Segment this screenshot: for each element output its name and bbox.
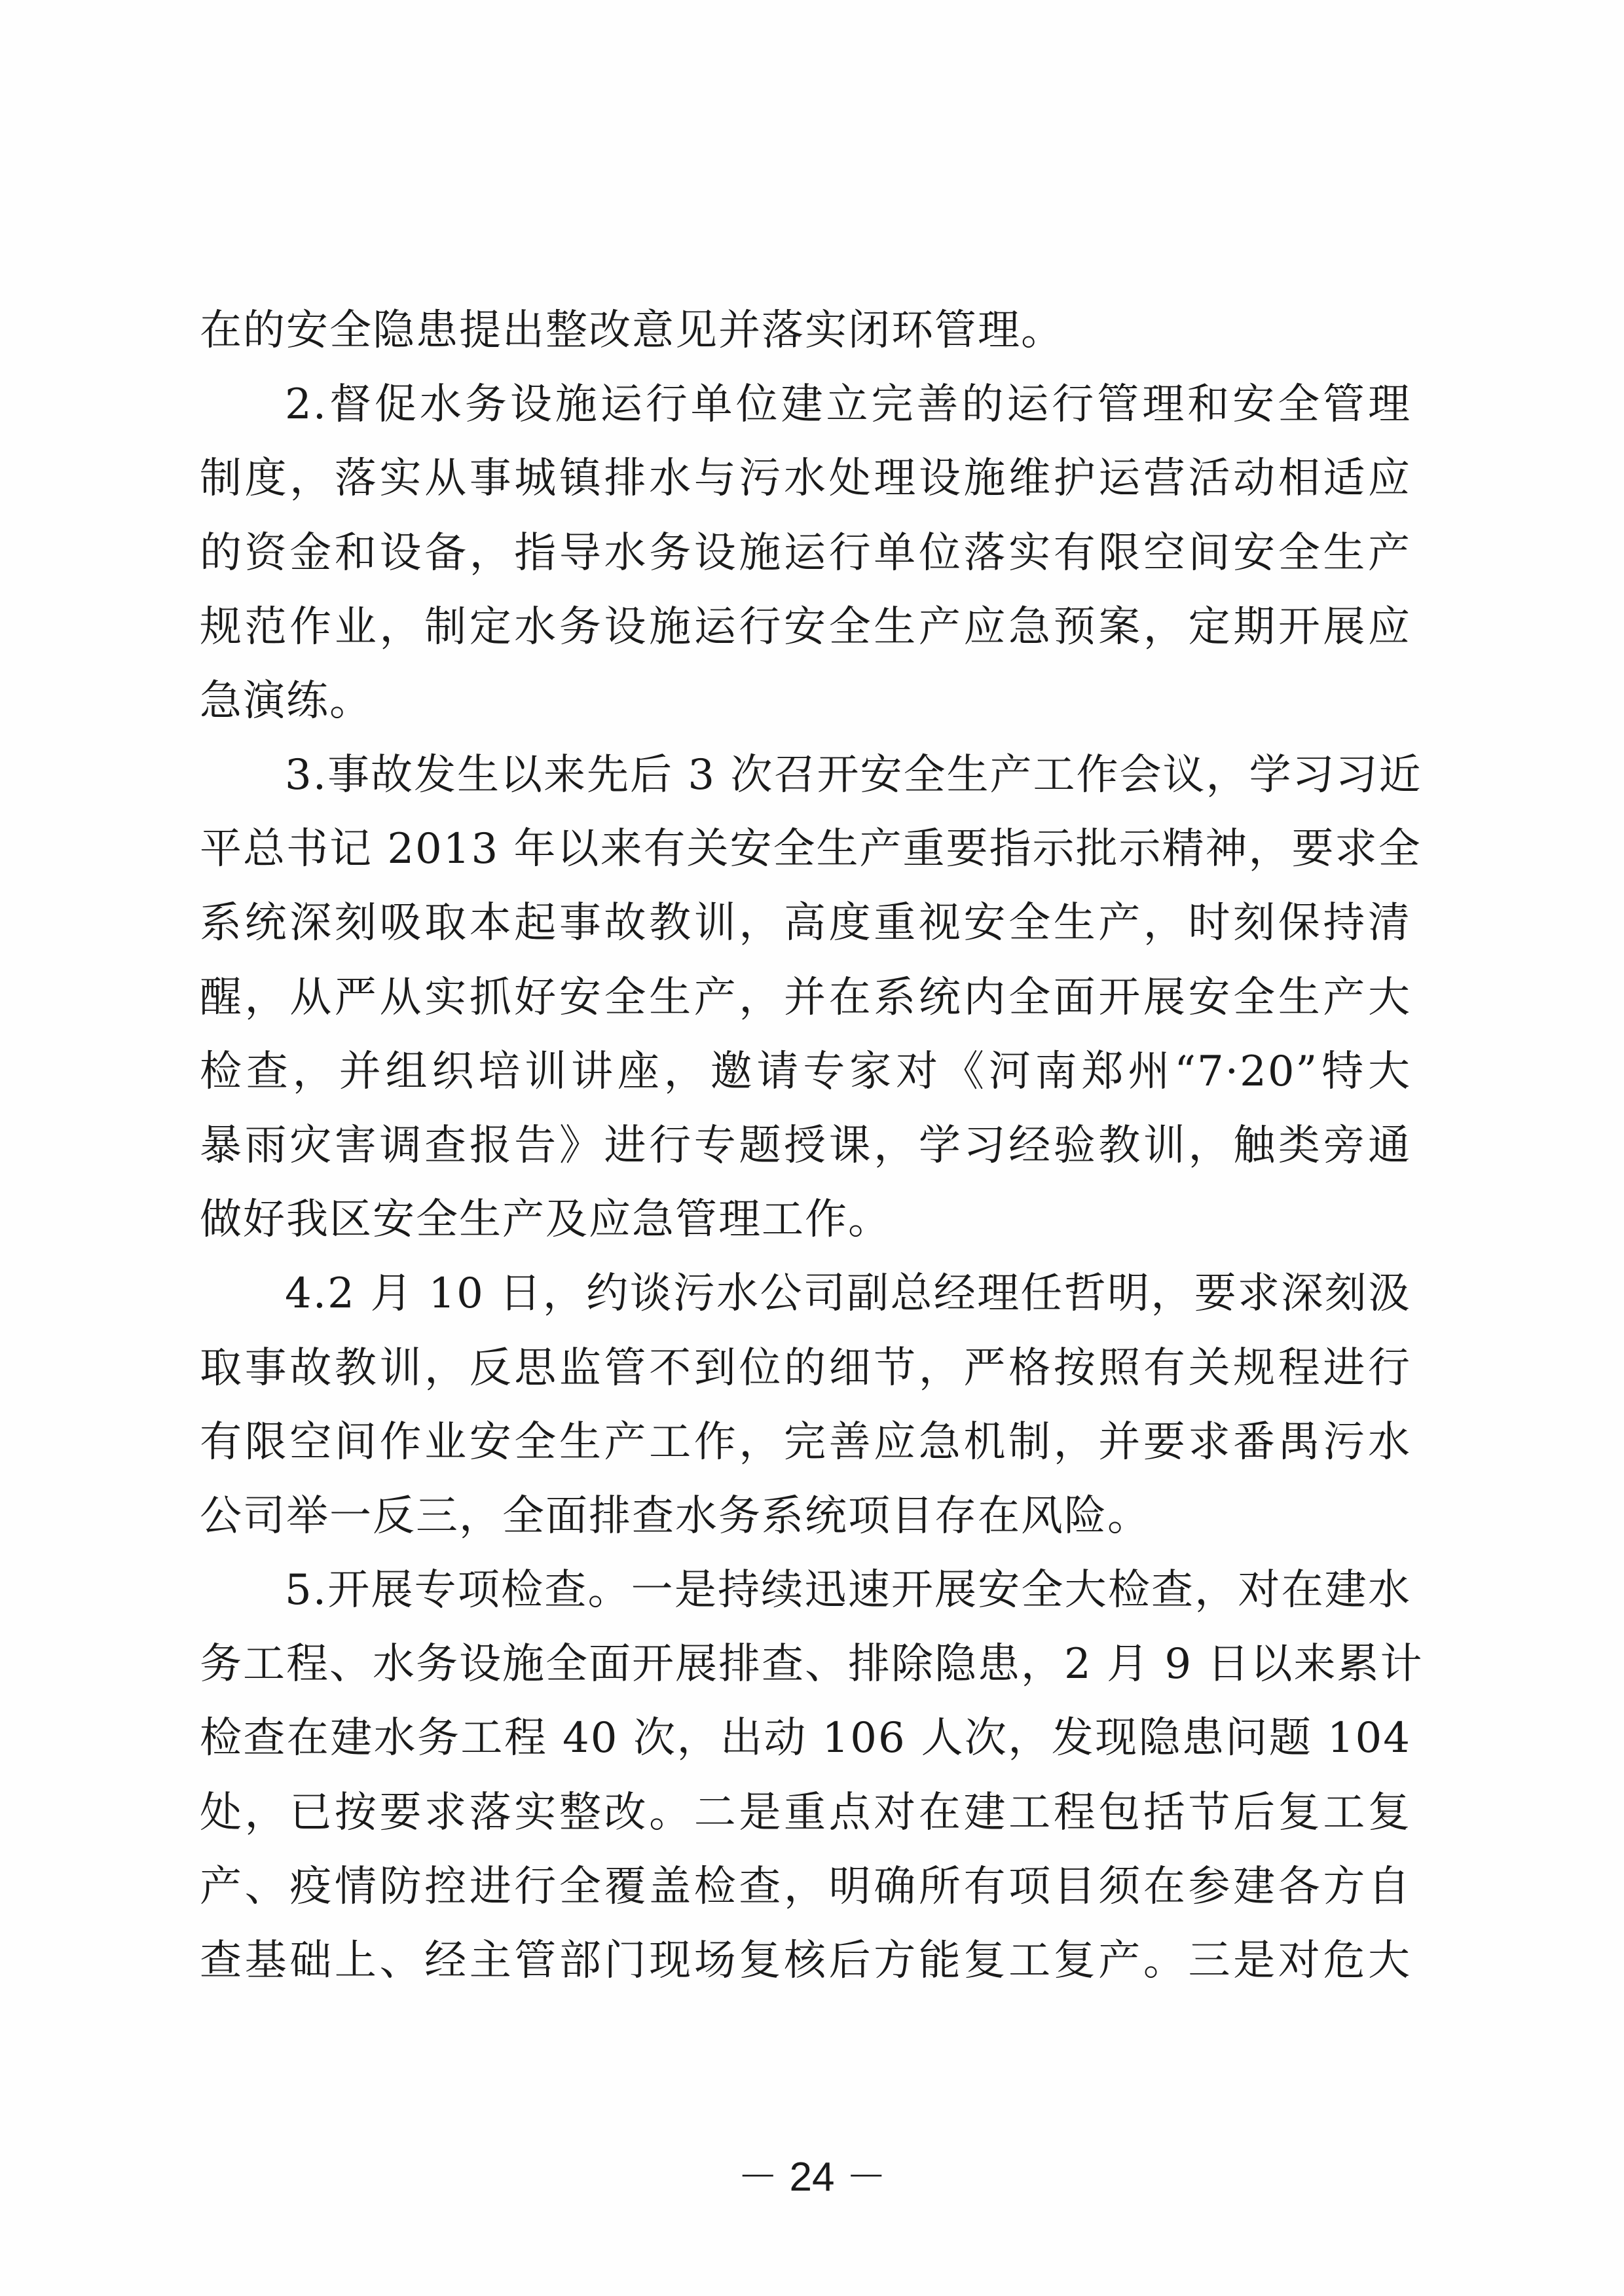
text-line: 务工程、水务设施全面开展排查、排除隐患，2 月 9 日以来累计 xyxy=(200,1638,1411,1690)
document-page: 在的安全隐患提出整改意见并落实闭环管理。 2.督促水务设施运行单位建立完善的运行… xyxy=(0,0,1624,2296)
text-line: 系统深刻吸取本起事故教训，高度重视安全生产，时刻保持清 xyxy=(200,897,1411,949)
text-line: 暴雨灾害调查报告》进行专题授课，学习经验教训，触类旁通 xyxy=(200,1120,1411,1172)
text-line: 处，已按要求落实整改。二是重点对在建工程包括节后复工复 xyxy=(200,1787,1411,1839)
text-line: 检查在建水务工程 40 次，出动 106 人次，发现隐患问题 104 xyxy=(200,1712,1411,1764)
text-line: 公司举一反三，全面排查水务系统项目存在风险。 xyxy=(200,1490,1411,1542)
text-line: 5.开展专项检查。一是持续迅速开展安全大检查，对在建水 xyxy=(285,1564,1411,1616)
text-line: 醒，从严从实抓好安全生产，并在系统内全面开展安全生产大 xyxy=(200,972,1411,1024)
text-line: 取事故教训，反思监管不到位的细节，严格按照有关规程进行 xyxy=(200,1342,1411,1394)
text-line: 4.2 月 10 日，约谈污水公司副总经理任哲明，要求深刻汲 xyxy=(285,1267,1411,1320)
text-line: 3.事故发生以来先后 3 次召开安全生产工作会议，学习习近 xyxy=(285,749,1411,801)
text-line: 制度，落实从事城镇排水与污水处理设施维护运营活动相适应 xyxy=(200,452,1411,505)
text-line: 做好我区安全生产及应急管理工作。 xyxy=(200,1194,1411,1246)
text-line: 检查，并组织培训讲座，邀请专家对《河南郑州“7·20”特大 xyxy=(200,1046,1411,1098)
text-line: 有限空间作业安全生产工作，完善应急机制，并要求番禺污水 xyxy=(200,1416,1411,1468)
text-line: 规范作业，制定水务设施运行安全生产应急预案，定期开展应 xyxy=(200,601,1411,653)
page-number: － 24 － xyxy=(0,2144,1624,2202)
text-line: 的资金和设备，指导水务设施运行单位落实有限空间安全生产 xyxy=(200,527,1411,579)
text-line: 产、疫情防控进行全覆盖检查，明确所有项目须在参建各方自 xyxy=(200,1861,1411,1913)
text-line: 2.督促水务设施运行单位建立完善的运行管理和安全管理 xyxy=(285,378,1411,431)
text-line: 查基础上、经主管部门现场复核后方能复工复产。三是对危大 xyxy=(200,1935,1411,1987)
text-line: 急演练。 xyxy=(200,675,1411,727)
text-line: 平总书记 2013 年以来有关安全生产重要指示批示精神，要求全 xyxy=(200,823,1411,875)
text-line: 在的安全隐患提出整改意见并落实闭环管理。 xyxy=(200,304,1411,357)
